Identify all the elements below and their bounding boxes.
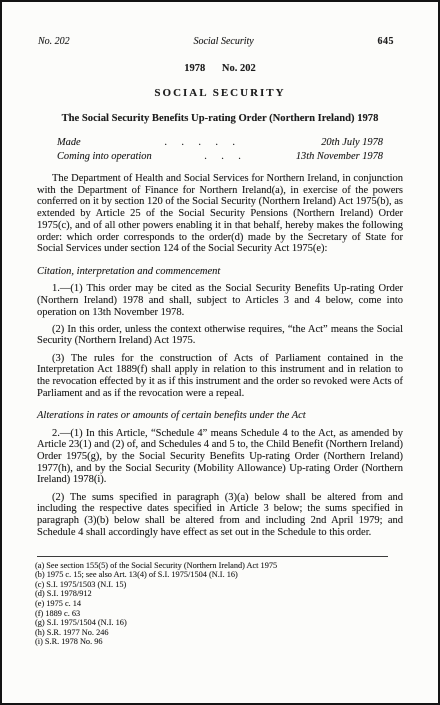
footnote-b: (b) 1975 c. 15; see also Art. 13(4) of S… — [35, 570, 392, 580]
document-year: 1978 — [184, 63, 205, 74]
preamble-paragraph: The Department of Health and Social Serv… — [37, 173, 403, 255]
footnote-d: (d) S.I. 1978/912 — [35, 589, 392, 599]
dot-leader: . . . — [152, 151, 296, 162]
document-body: The Department of Health and Social Serv… — [37, 173, 403, 538]
section-heading-citation: Citation, interpretation and commencemen… — [37, 266, 403, 278]
meta-operation-label: Coming into operation — [57, 151, 152, 162]
footnote-divider — [37, 556, 388, 557]
meta-block: Made . . . . . 20th July 1978 Coming int… — [57, 137, 383, 162]
meta-operation-date: 13th November 1978 — [296, 151, 383, 162]
header-order-number: No. 202 — [38, 36, 70, 47]
document-number-line: 1978 No. 202 — [2, 63, 438, 74]
header-running-title: Social Security — [193, 36, 253, 47]
dot-leader: . . . . . — [81, 137, 322, 148]
footnote-a: (a) See section 155(5) of the Social Sec… — [35, 561, 392, 571]
document-number: No. 202 — [222, 63, 256, 74]
page-header: No. 202 Social Security 645 — [38, 36, 394, 47]
article-1-paragraph-2: (2) In this order, unless the context ot… — [37, 324, 403, 347]
article-1-paragraph-1: 1.—(1) This order may be cited as the So… — [37, 283, 403, 318]
footnote-i: (i) S.R. 1978 No. 96 — [35, 637, 392, 647]
footnotes-block: (a) See section 155(5) of the Social Sec… — [35, 556, 392, 647]
article-1-paragraph-3: (3) The rules for the construction of Ac… — [37, 353, 403, 400]
footnote-h: (h) S.R. 1977 No. 246 — [35, 628, 392, 638]
footnote-g: (g) S.I. 1975/1504 (N.I. 16) — [35, 618, 392, 628]
footnote-e: (e) 1975 c. 14 — [35, 599, 392, 609]
document-page: No. 202 Social Security 645 1978 No. 202… — [0, 0, 440, 705]
header-page-number: 645 — [378, 36, 395, 47]
meta-operation-row: Coming into operation . . . 13th Novembe… — [57, 151, 383, 162]
footnote-c: (c) S.I. 1975/1503 (N.I. 15) — [35, 580, 392, 590]
meta-made-date: 20th July 1978 — [321, 137, 383, 148]
footnote-f: (f) 1889 c. 63 — [35, 609, 392, 619]
section-heading-alterations: Alterations in rates or amounts of certa… — [37, 410, 403, 422]
document-category: SOCIAL SECURITY — [2, 87, 438, 99]
article-2-paragraph-2: (2) The sums specified in paragraph (3)(… — [37, 492, 403, 539]
meta-made-row: Made . . . . . 20th July 1978 — [57, 137, 383, 148]
article-2-paragraph-1: 2.—(1) In this Article, “Schedule 4” mea… — [37, 428, 403, 487]
document-title: The Social Security Benefits Up-rating O… — [2, 113, 438, 124]
meta-made-label: Made — [57, 137, 81, 148]
